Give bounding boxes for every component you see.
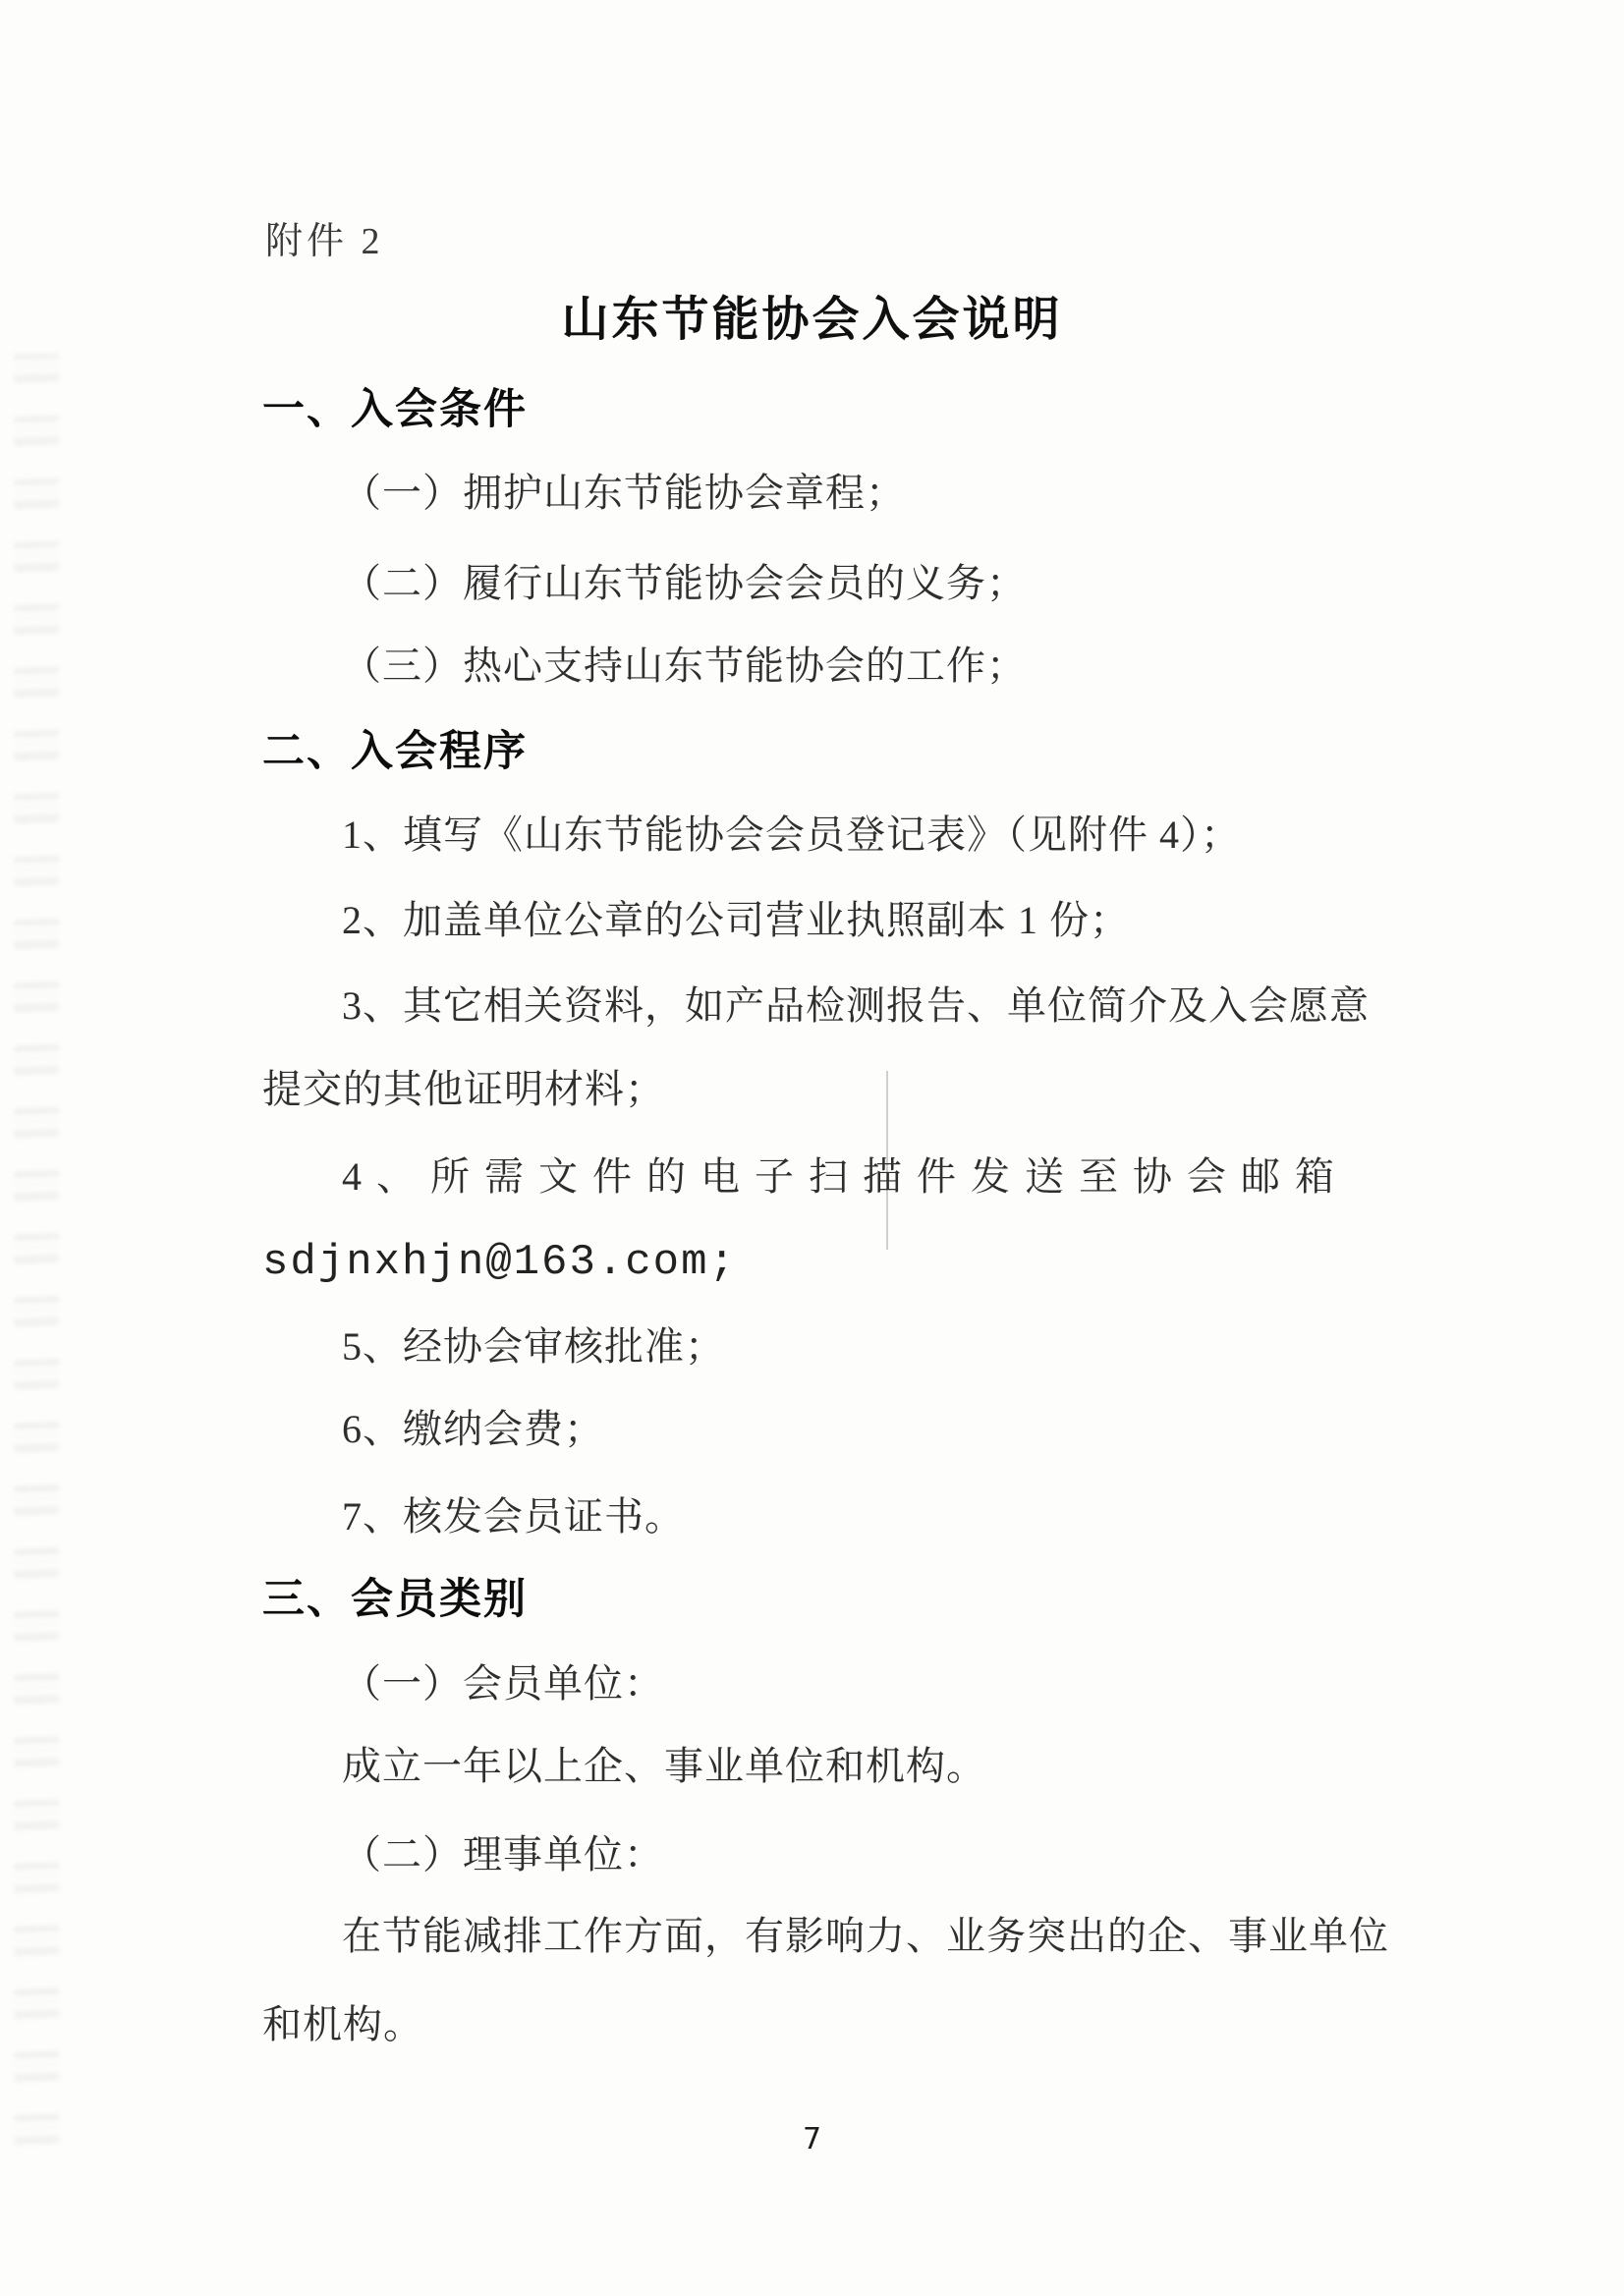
- category-2-title: （二）理事单位：: [342, 1831, 664, 1877]
- section-heading-conditions: 一、入会条件: [262, 385, 528, 435]
- condition-item-3: （三）热心支持山东节能协会的工作；: [342, 643, 1027, 689]
- procedure-step-1: 1、填写《山东节能协会会员登记表》（见附件 4）；: [342, 812, 1241, 858]
- attachment-label: 附件 2: [265, 220, 384, 264]
- procedure-step-6: 6、缴纳会费；: [342, 1406, 604, 1452]
- procedure-step-7: 7、核发会员证书。: [342, 1493, 685, 1540]
- section-heading-categories: 三、会员类别: [262, 1575, 528, 1625]
- scan-noise-artifact: [14, 354, 59, 2161]
- category-2-description-line-1: 在节能减排工作方面，有影响力、业务突出的企、事业单位: [342, 1913, 1389, 1959]
- procedure-step-2: 2、加盖单位公章的公司营业执照副本 1 份；: [342, 897, 1130, 943]
- procedure-step-3-line-1: 3、其它相关资料，如产品检测报告、单位简介及入会愿意: [342, 982, 1370, 1029]
- condition-item-1: （一）拥护山东节能协会章程；: [342, 470, 906, 516]
- section-heading-procedure: 二、入会程序: [262, 727, 528, 777]
- page-number: 7: [0, 2122, 1624, 2156]
- page-title: 山东节能协会入会说明: [0, 293, 1624, 349]
- document-page: 附件 2 山东节能协会入会说明 一、入会条件 （一）拥护山东节能协会章程； （二…: [0, 0, 1624, 2296]
- category-2-description-line-2: 和机构。: [262, 2001, 423, 2047]
- association-email: sdjnxhjn@163.com;: [262, 1238, 737, 1289]
- category-1-title: （一）会员单位：: [342, 1660, 664, 1707]
- procedure-step-5: 5、经协会审核批准；: [342, 1323, 725, 1370]
- procedure-step-3-line-2: 提交的其他证明材料；: [262, 1066, 665, 1112]
- condition-item-2: （二）履行山东节能协会会员的义务；: [342, 560, 1027, 606]
- category-1-description: 成立一年以上企、事业单位和机构。: [342, 1743, 986, 1789]
- procedure-step-4: 4、所需文件的电子扫描件发送至协会邮箱: [342, 1153, 1349, 1200]
